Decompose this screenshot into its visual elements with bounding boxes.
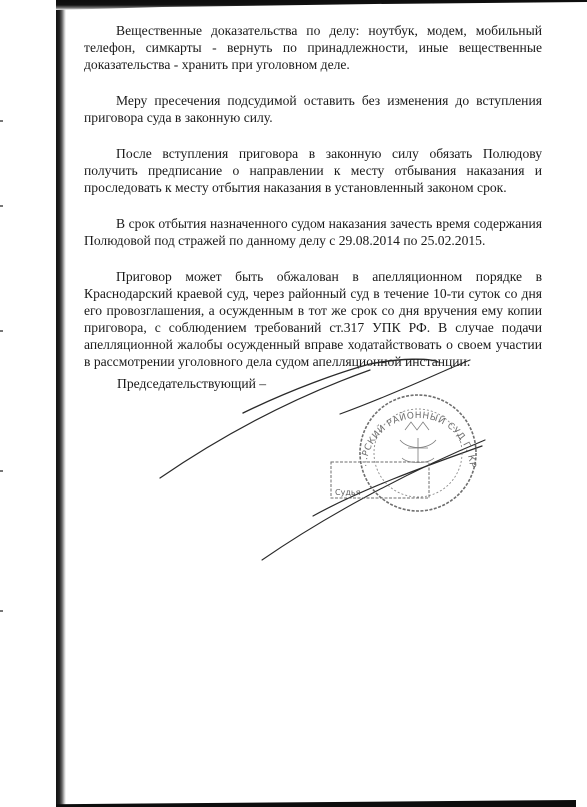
emblem-icon — [400, 422, 436, 463]
document-body: Вещественные доказательства по делу: ноу… — [84, 22, 542, 389]
paragraph-evidence: Вещественные доказательства по делу: ноу… — [84, 22, 542, 73]
scan-margin-strip — [0, 0, 57, 807]
scan-artifact — [0, 610, 3, 612]
signature-label: Председательствующий – — [117, 376, 266, 392]
stamp-box-label: Судья — [335, 488, 361, 497]
scan-artifact — [0, 470, 3, 472]
scan-artifact — [0, 205, 3, 207]
scanned-page-left-edge — [56, 0, 66, 807]
scan-artifact — [0, 330, 3, 332]
paragraph-appeal: Приговор может быть обжалован в апелляци… — [84, 268, 542, 370]
scan-artifact — [0, 120, 3, 122]
paragraph-custody-credit: В срок отбытия назначенного судом наказа… — [84, 215, 542, 249]
paragraph-preventive-measure: Меру пресечения подсудимой оставить без … — [84, 92, 542, 126]
scanned-page-top-edge — [56, 0, 587, 10]
scanned-page-bottom-edge — [56, 800, 576, 807]
paragraph-obligation: После вступления приговора в законную си… — [84, 145, 542, 196]
